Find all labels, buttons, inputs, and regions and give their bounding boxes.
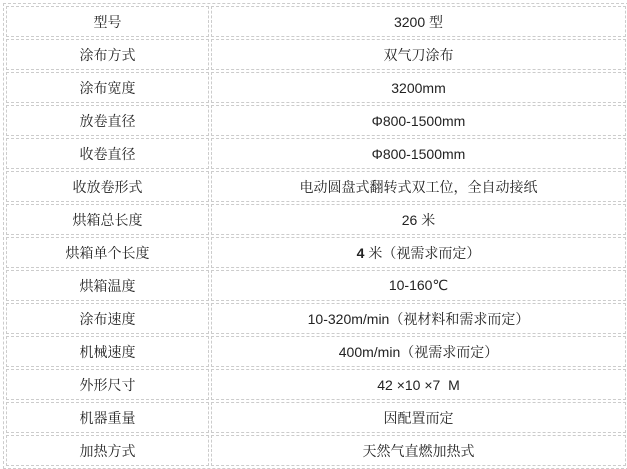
spec-label: 涂布方式 bbox=[6, 39, 209, 70]
spec-value: Φ800-1500mm bbox=[211, 138, 626, 169]
table-row: 机械速度 400m/min（视需求而定） bbox=[6, 336, 626, 367]
spec-label: 加热方式 bbox=[6, 435, 209, 466]
spec-value: 42 ×10 ×7 M bbox=[211, 369, 626, 400]
spec-value: 电动圆盘式翻转式双工位，全自动接纸 bbox=[211, 171, 626, 202]
spec-label: 放卷直径 bbox=[6, 105, 209, 136]
table-row: 收放卷形式 电动圆盘式翻转式双工位，全自动接纸 bbox=[6, 171, 626, 202]
table-row: 烘箱单个长度 4 米（视需求而定） bbox=[6, 237, 626, 268]
spec-label: 外形尺寸 bbox=[6, 369, 209, 400]
spec-label: 涂布宽度 bbox=[6, 72, 209, 103]
spec-value: 26 米 bbox=[211, 204, 626, 235]
table-row: 涂布方式 双气刀涂布 bbox=[6, 39, 626, 70]
spec-value: 3200mm bbox=[211, 72, 626, 103]
table-row: 机器重量 因配置而定 bbox=[6, 402, 626, 433]
table-row: 烘箱温度 10-160℃ bbox=[6, 270, 626, 301]
spec-value: 天然气直燃加热式 bbox=[211, 435, 626, 466]
table-row: 涂布宽度 3200mm bbox=[6, 72, 626, 103]
spec-value: 3200 型 bbox=[211, 6, 626, 37]
spec-label: 机械速度 bbox=[6, 336, 209, 367]
spec-label: 涂布速度 bbox=[6, 303, 209, 334]
spec-label: 烘箱单个长度 bbox=[6, 237, 209, 268]
spec-value: 因配置而定 bbox=[211, 402, 626, 433]
spec-value: 10-160℃ bbox=[211, 270, 626, 301]
spec-label: 型号 bbox=[6, 6, 209, 37]
table-row: 涂布速度 10-320m/min（视材料和需求而定） bbox=[6, 303, 626, 334]
page: 型号 3200 型 涂布方式 双气刀涂布 涂布宽度 3200mm 放卷直径 Φ8… bbox=[0, 0, 627, 469]
spec-value-rest: 米（视需求而定） bbox=[364, 245, 480, 261]
spec-label: 收放卷形式 bbox=[6, 171, 209, 202]
spec-value: 400m/min（视需求而定） bbox=[211, 336, 626, 367]
table-row: 放卷直径 Φ800-1500mm bbox=[6, 105, 626, 136]
spec-value: Φ800-1500mm bbox=[211, 105, 626, 136]
table-row: 加热方式 天然气直燃加热式 bbox=[6, 435, 626, 466]
spec-label: 烘箱温度 bbox=[6, 270, 209, 301]
spec-table: 型号 3200 型 涂布方式 双气刀涂布 涂布宽度 3200mm 放卷直径 Φ8… bbox=[3, 3, 627, 469]
spec-value: 10-320m/min（视材料和需求而定） bbox=[211, 303, 626, 334]
spec-value: 双气刀涂布 bbox=[211, 39, 626, 70]
table-row: 烘箱总长度 26 米 bbox=[6, 204, 626, 235]
table-row: 型号 3200 型 bbox=[6, 6, 626, 37]
spec-value: 4 米（视需求而定） bbox=[211, 237, 626, 268]
spec-label: 机器重量 bbox=[6, 402, 209, 433]
table-row: 外形尺寸 42 ×10 ×7 M bbox=[6, 369, 626, 400]
spec-label: 收卷直径 bbox=[6, 138, 209, 169]
spec-label: 烘箱总长度 bbox=[6, 204, 209, 235]
table-row: 收卷直径 Φ800-1500mm bbox=[6, 138, 626, 169]
